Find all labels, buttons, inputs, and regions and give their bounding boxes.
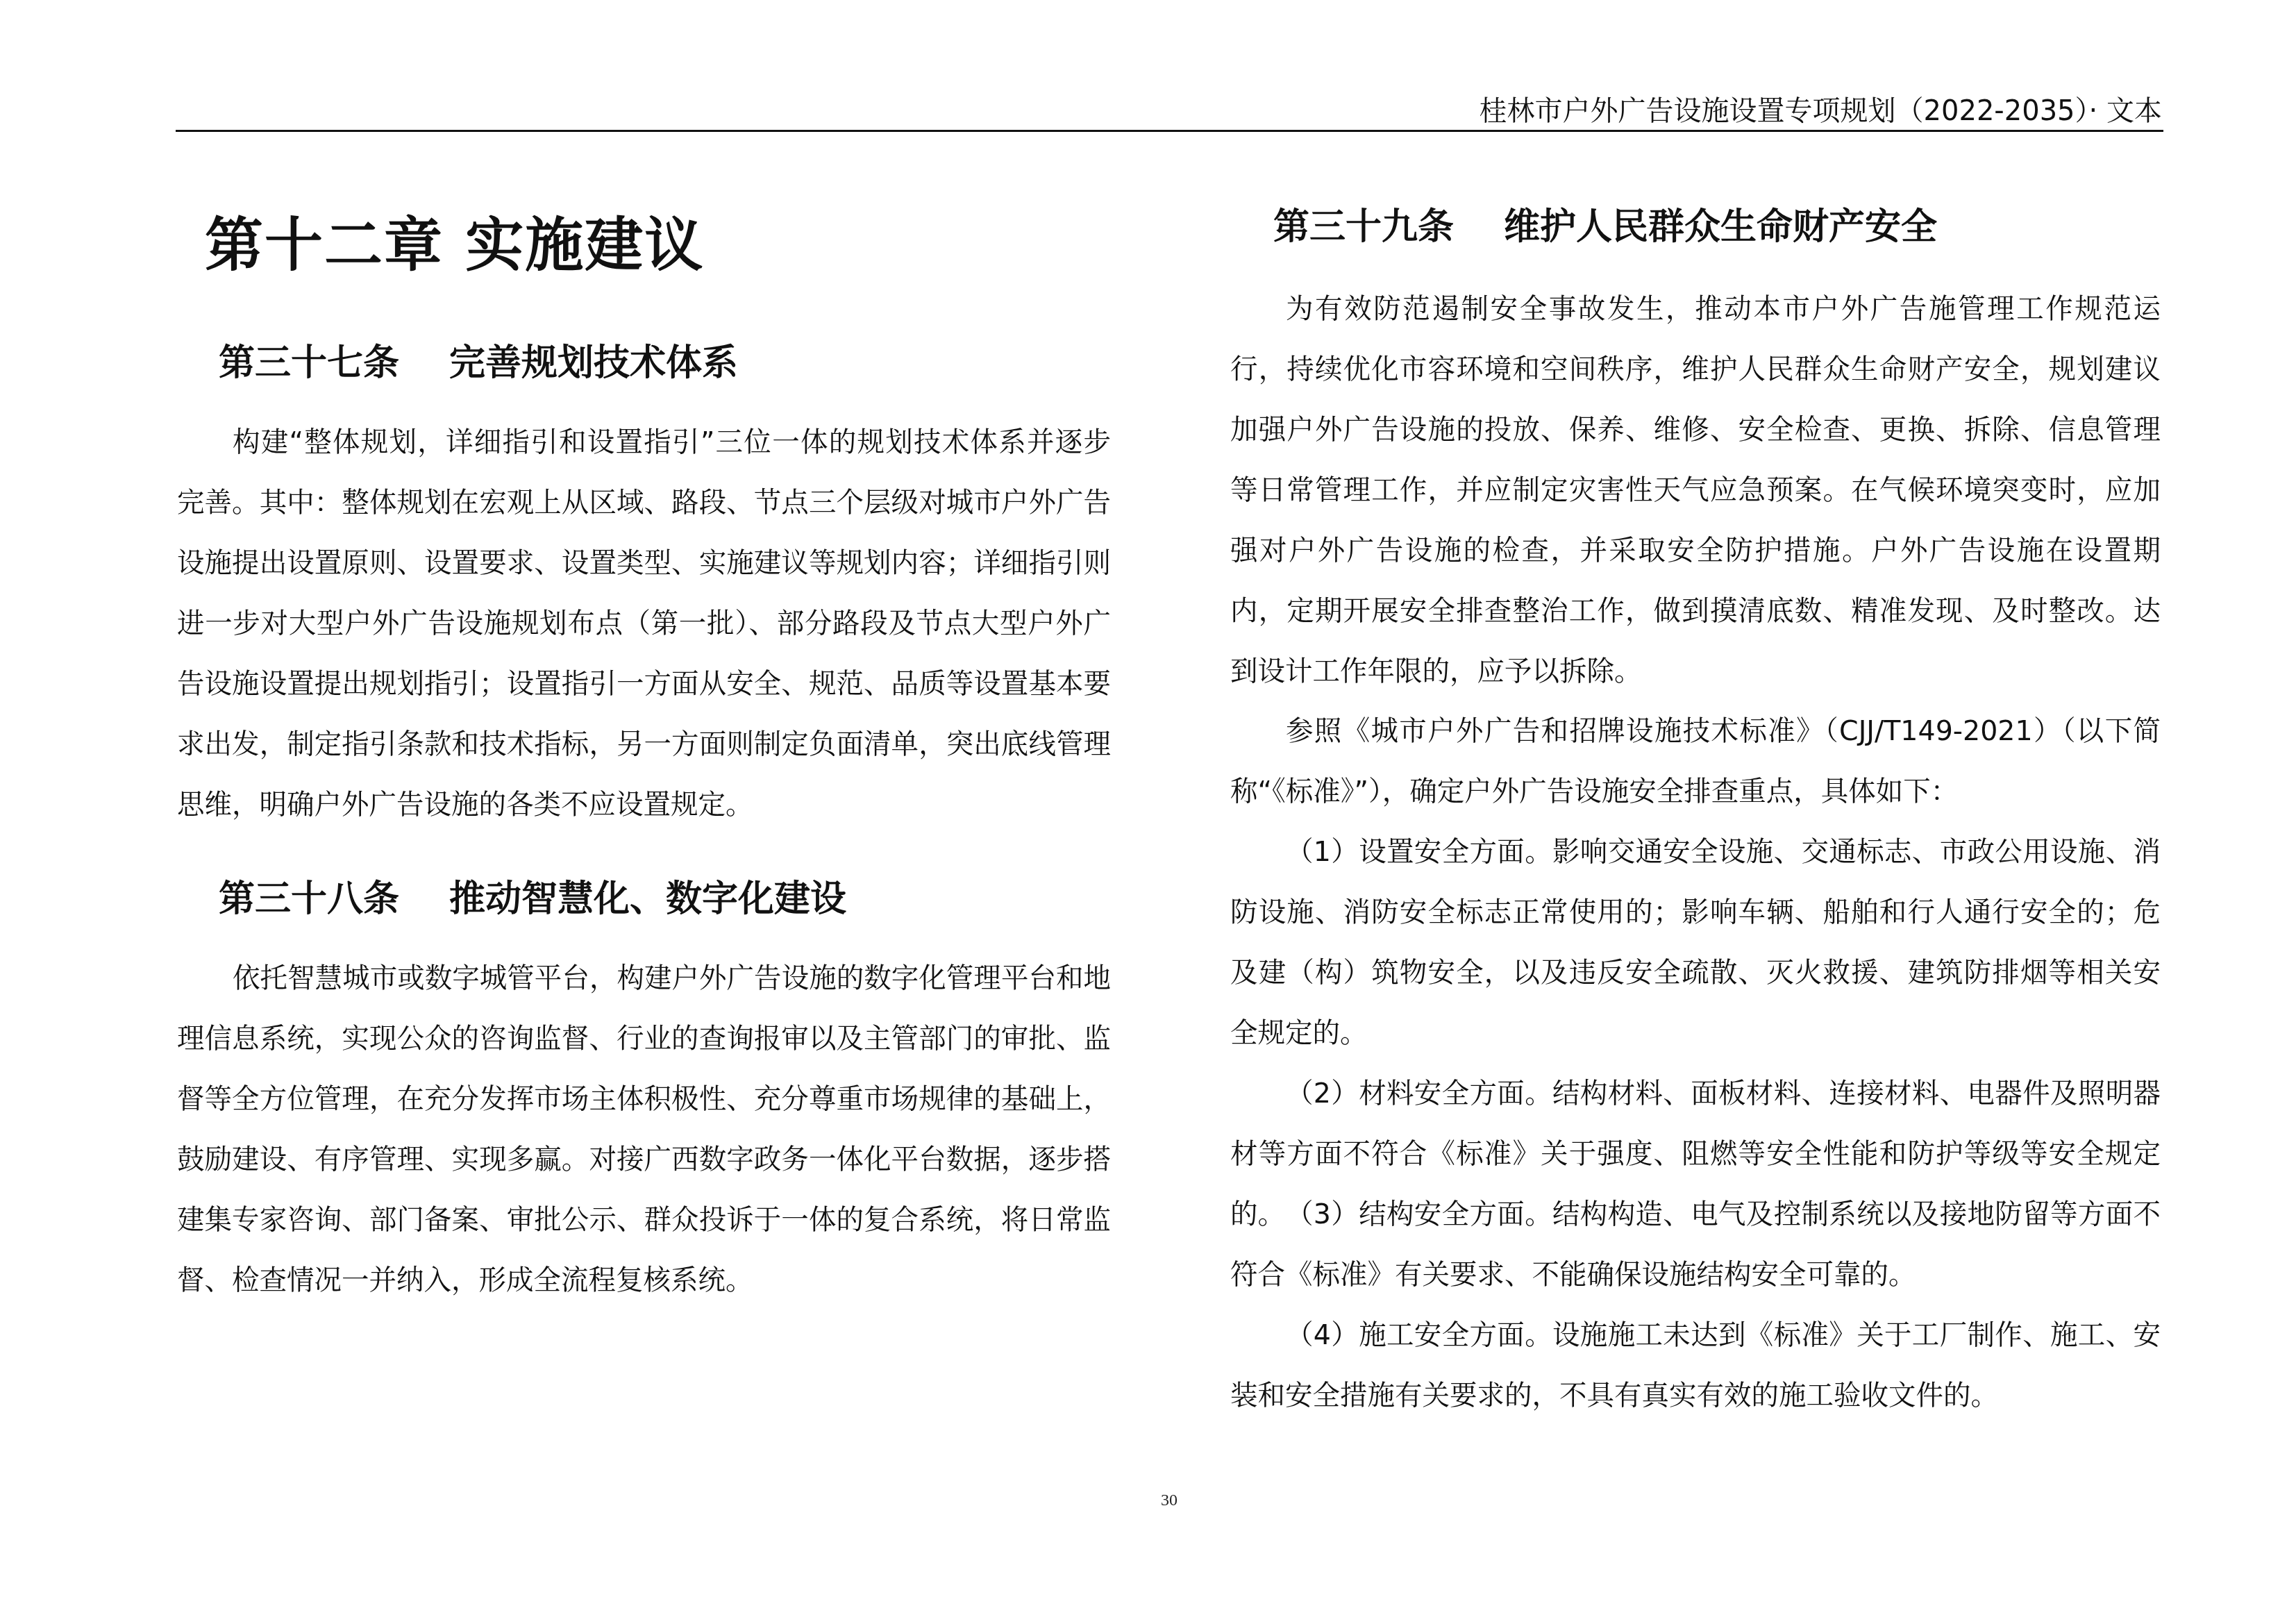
- list-item: （3）结构安全方面。结构构造、电气及控制系统以及接地防留等方面不符合《标准》有关…: [1230, 1184, 2161, 1305]
- document-title: 桂林市户外广告设施设置专项规划（2022-2035）· 文本: [1480, 89, 2162, 128]
- article-title: 维护人民群众生命财产安全: [1504, 206, 1937, 248]
- article-number: 第三十九条: [1273, 206, 1454, 248]
- list-item: （1）设置安全方面。影响交通安全设施、交通标志、市政公用设施、消防设施、消防安全…: [1230, 822, 2161, 1064]
- article-heading-37: 第三十七条完善规划技术体系: [219, 333, 738, 385]
- article-heading-39: 第三十九条维护人民群众生命财产安全: [1273, 197, 1937, 249]
- article-number: 第三十八条: [219, 878, 399, 920]
- chapter-title: 第十二章 实施建议: [205, 199, 704, 283]
- article-title: 完善规划技术体系: [449, 342, 738, 384]
- article-title: 推动智慧化、数字化建设: [449, 878, 846, 920]
- paragraph: 为有效防范遏制安全事故发生，推动本市户外广告施管理工作规范运行，持续优化市容环境…: [1230, 279, 2161, 702]
- header-divider: [176, 130, 2163, 132]
- article-number: 第三十七条: [219, 342, 399, 384]
- paragraph: 依托智慧城市或数字城管平台，构建户外广告设施的数字化管理平台和地理信息系统，实现…: [177, 948, 1111, 1311]
- paragraph: 参照《城市户外广告和招牌设施技术标准》（CJJ/T149-2021）（以下简称“…: [1230, 701, 2161, 822]
- article-heading-38: 第三十八条推动智慧化、数字化建设: [219, 869, 846, 921]
- page-number: 30: [1161, 1491, 1178, 1510]
- paragraph: 构建“整体规划，详细指引和设置指引”三位一体的规划技术体系并逐步完善。其中：整体…: [177, 412, 1111, 835]
- list-item: （4）施工安全方面。设施施工未达到《标准》关于工厂制作、施工、安装和安全措施有关…: [1230, 1305, 2161, 1426]
